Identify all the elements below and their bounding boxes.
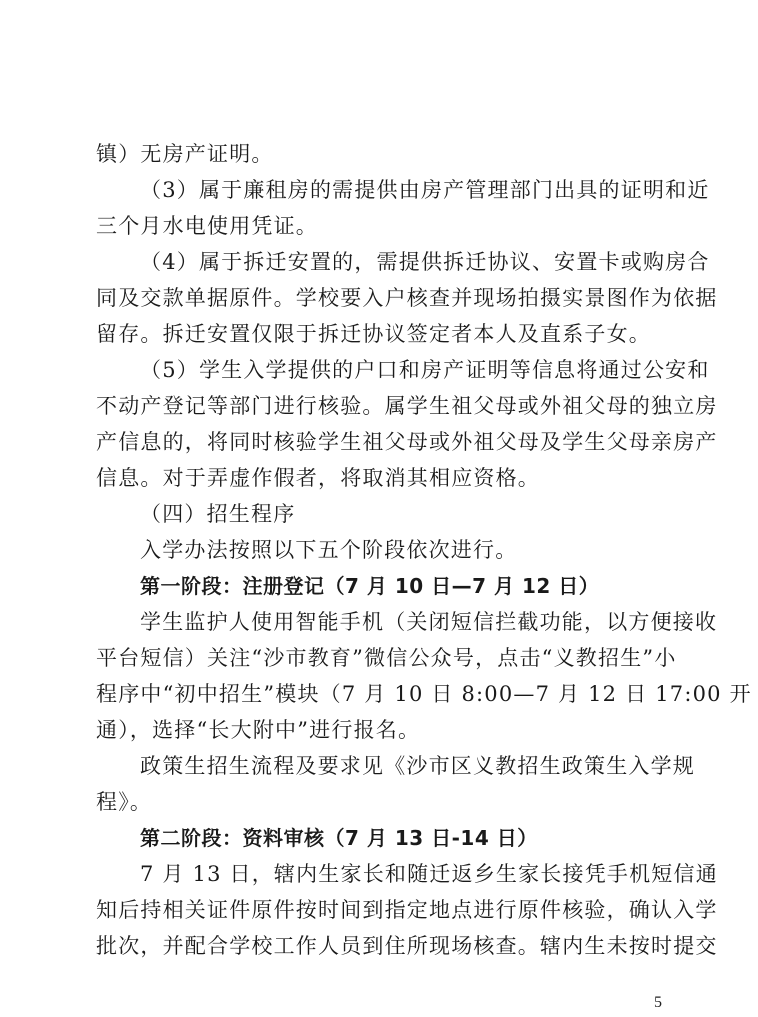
text-line: 通），选择“长大附中”进行报名。 xyxy=(96,712,666,748)
text-line: 平台短信）关注“沙市教育”微信公众号，点击“义教招生”小 xyxy=(96,640,666,676)
section-title: （四）招生程序 xyxy=(96,496,666,532)
paragraph-continuation: 镇）无房产证明。 xyxy=(96,136,666,172)
text-line: 镇）无房产证明。 xyxy=(96,136,666,172)
stage-title: 第一阶段：注册登记（7 月 10 日—7 月 12 日） xyxy=(96,568,666,604)
stage-title: 第二阶段：资料审核（7 月 13 日-14 日） xyxy=(96,820,666,856)
stage-2-heading: 第二阶段：资料审核（7 月 13 日-14 日） xyxy=(96,820,666,856)
section-heading-enrollment-procedure: （四）招生程序 xyxy=(96,496,666,532)
text-line: 政策生招生流程及要求见《沙市区义教招生政策生入学规 xyxy=(96,748,666,784)
paragraph-item-4: （4）属于拆迁安置的，需提供拆迁协议、安置卡或购房合 同及交款单据原件。学校要入… xyxy=(96,244,666,352)
document-page: 镇）无房产证明。 （3）属于廉租房的需提供由房产管理部门出具的证明和近 三个月水… xyxy=(96,136,666,964)
text-line: （3）属于廉租房的需提供由房产管理部门出具的证明和近 xyxy=(96,172,666,208)
text-line: 产信息的，将同时核验学生祖父母或外祖父母及学生父母亲房产 xyxy=(96,424,666,460)
text-line: 不动产登记等部门进行核验。属学生祖父母或外祖父母的独立房 xyxy=(96,388,666,424)
text-line: 知后持相关证件原件按时间到指定地点进行原件核验，确认入学 xyxy=(96,892,666,928)
text-line: 同及交款单据原件。学校要入户核查并现场拍摄实景图作为依据 xyxy=(96,280,666,316)
text-line: 三个月水电使用凭证。 xyxy=(96,208,666,244)
text-line: 信息。对于弄虚作假者，将取消其相应资格。 xyxy=(96,460,666,496)
text-line: （4）属于拆迁安置的，需提供拆迁协议、安置卡或购房合 xyxy=(96,244,666,280)
paragraph-policy: 政策生招生流程及要求见《沙市区义教招生政策生入学规 程》。 xyxy=(96,748,666,820)
paragraph-item-5: （5）学生入学提供的户口和房产证明等信息将通过公安和 不动产登记等部门进行核验。… xyxy=(96,352,666,496)
paragraph-stage-1: 学生监护人使用智能手机（关闭短信拦截功能，以方便接收 平台短信）关注“沙市教育”… xyxy=(96,604,666,748)
paragraph-stage-2: 7 月 13 日，辖内生家长和随迁返乡生家长接凭手机短信通 知后持相关证件原件按… xyxy=(96,856,666,964)
paragraph-intro: 入学办法按照以下五个阶段依次进行。 xyxy=(96,532,666,568)
text-line: 学生监护人使用智能手机（关闭短信拦截功能，以方便接收 xyxy=(96,604,666,640)
stage-1-heading: 第一阶段：注册登记（7 月 10 日—7 月 12 日） xyxy=(96,568,666,604)
text-line: 程》。 xyxy=(96,784,666,820)
text-line: 留存。拆迁安置仅限于拆迁协议签定者本人及直系子女。 xyxy=(96,316,666,352)
text-line: 程序中“初中招生”模块（7 月 10 日 8:00—7 月 12 日 17:00… xyxy=(96,676,666,712)
page-number: 5 xyxy=(654,994,662,1012)
text-line: 批次，并配合学校工作人员到住所现场核查。辖内生未按时提交 xyxy=(96,928,666,964)
text-line: 7 月 13 日，辖内生家长和随迁返乡生家长接凭手机短信通 xyxy=(96,856,666,892)
paragraph-item-3: （3）属于廉租房的需提供由房产管理部门出具的证明和近 三个月水电使用凭证。 xyxy=(96,172,666,244)
text-line: （5）学生入学提供的户口和房产证明等信息将通过公安和 xyxy=(96,352,666,388)
text-line: 入学办法按照以下五个阶段依次进行。 xyxy=(96,532,666,568)
